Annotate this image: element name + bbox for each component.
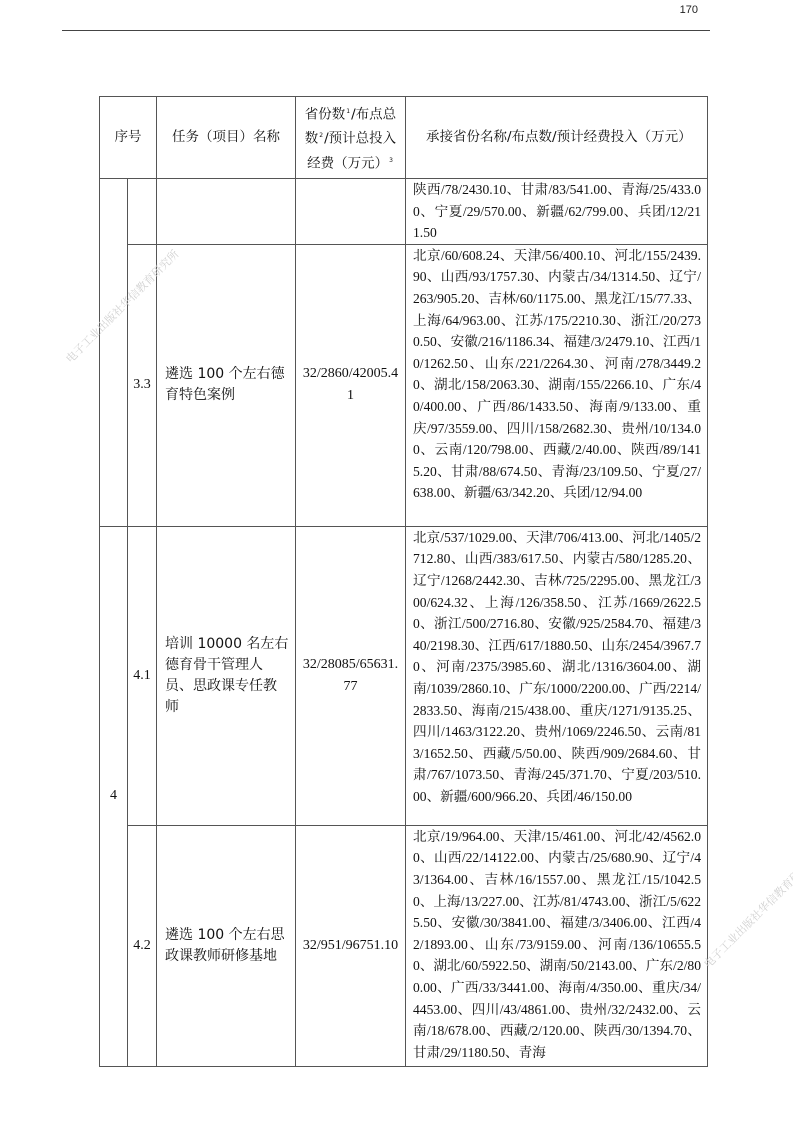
task-table: 序号 任务（项目）名称 省份数1/布点总数2/预计总投入经费（万元）3 承接省份… (99, 96, 708, 1067)
seq-major-cell (100, 179, 128, 527)
seq-minor-cell (128, 179, 157, 245)
header-seq: 序号 (100, 97, 157, 179)
header-rule (62, 30, 710, 31)
header-task-name: 任务（项目）名称 (157, 97, 296, 179)
seq-minor-cell: 3.3 (128, 244, 157, 526)
table-header-row: 序号 任务（项目）名称 省份数1/布点总数2/预计总投入经费（万元）3 承接省份… (100, 97, 708, 179)
table-row: 陕西/78/2430.10、甘肃/83/541.00、青海/25/433.00、… (100, 179, 708, 245)
footnote-1: 1 (346, 108, 350, 115)
totals-cell (296, 179, 406, 245)
page-number: 170 (680, 4, 698, 16)
totals-cell: 32/2860/42005.41 (296, 244, 406, 526)
totals-cell: 32/951/96751.10 (296, 825, 406, 1066)
totals-cell: 32/28085/65631.77 (296, 526, 406, 825)
header-totals-part1: 省份数 (305, 106, 346, 122)
table-row: 4 4.1 培训 10000 名左右德育骨干管理人员、思政课专任教师 32/28… (100, 526, 708, 825)
details-cell: 北京/60/608.24、天津/56/400.10、河北/155/2439.90… (406, 244, 708, 526)
task-name-cell (157, 179, 296, 245)
footnote-3: 3 (389, 157, 393, 164)
details-cell: 北京/19/964.00、天津/15/461.00、河北/42/4562.00、… (406, 825, 708, 1066)
seq-minor-cell: 4.2 (128, 825, 157, 1066)
watermark: 电子工业出版社华信教育研究所 (700, 851, 793, 971)
seq-major-cell: 4 (100, 526, 128, 1066)
seq-minor-cell: 4.1 (128, 526, 157, 825)
task-name-cell: 培训 10000 名左右德育骨干管理人员、思政课专任教师 (157, 526, 296, 825)
table-row: 3.3 遴选 100 个左右德育特色案例 32/2860/42005.41 北京… (100, 244, 708, 526)
details-cell: 陕西/78/2430.10、甘肃/83/541.00、青海/25/433.00、… (406, 179, 708, 245)
table-row: 4.2 遴选 100 个左右思政课教师研修基地 32/951/96751.10 … (100, 825, 708, 1066)
footnote-2: 2 (319, 132, 323, 139)
header-totals: 省份数1/布点总数2/预计总投入经费（万元）3 (296, 97, 406, 179)
task-name-cell: 遴选 100 个左右思政课教师研修基地 (157, 825, 296, 1066)
header-details: 承接省份名称/布点数/预计经费投入（万元） (406, 97, 708, 179)
details-cell: 北京/537/1029.00、天津/706/413.00、河北/1405/271… (406, 526, 708, 825)
task-name-cell: 遴选 100 个左右德育特色案例 (157, 244, 296, 526)
